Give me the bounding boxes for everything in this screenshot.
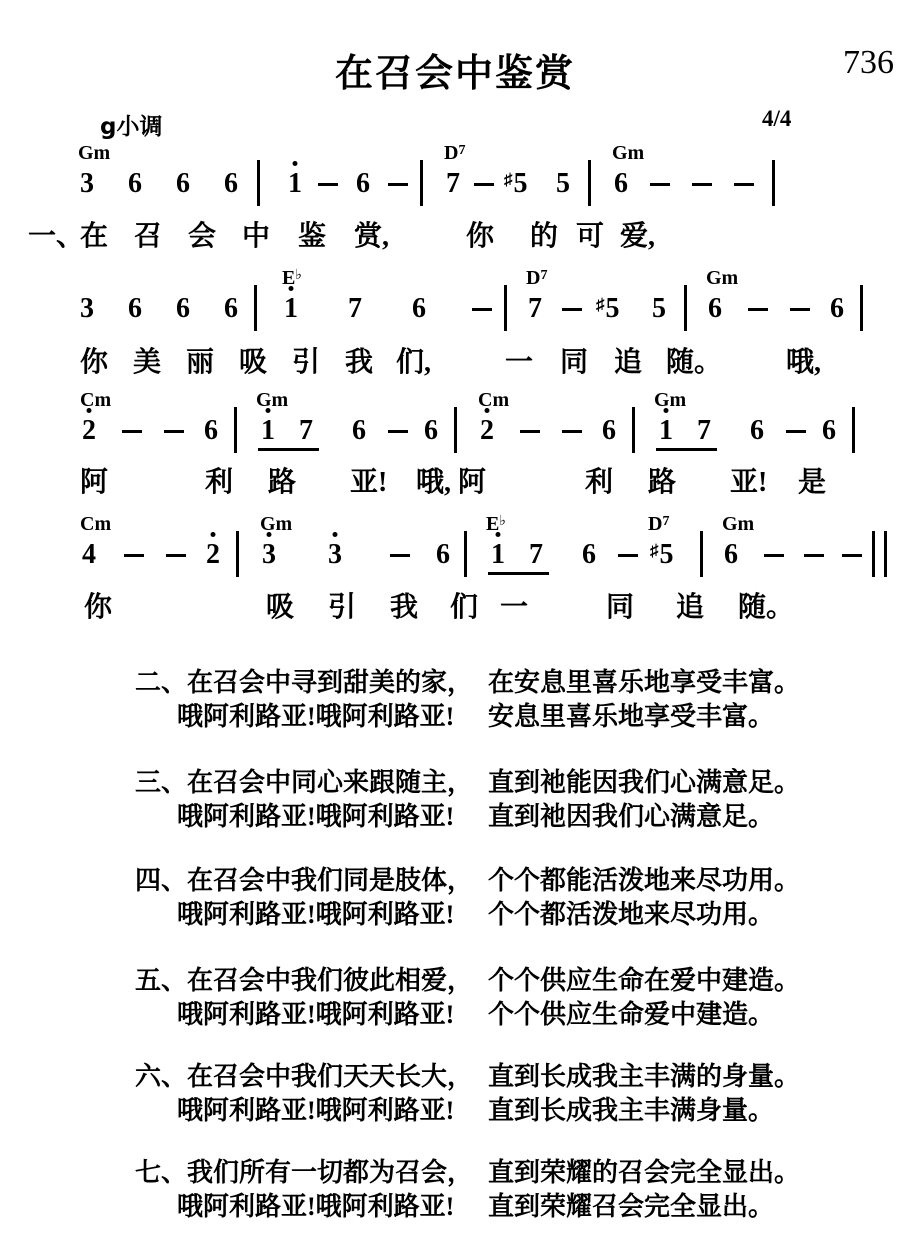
note: Gm3 (262, 541, 276, 569)
duration-dash (562, 308, 582, 311)
lyric-syllable: 同 (560, 348, 588, 379)
duration-dash (388, 183, 408, 186)
duration-dash (472, 308, 492, 311)
duration-dash (748, 308, 768, 311)
lyric-syllable: 会 (188, 222, 216, 253)
lyric-syllable: 的 (530, 222, 558, 253)
lyric-syllable: 追 (614, 348, 642, 379)
note-numeral: 6 (436, 541, 450, 569)
barline (420, 160, 423, 206)
barline (852, 407, 855, 453)
sharp-accidental: ♯ (650, 542, 659, 559)
barline (254, 285, 257, 331)
beamed-note: 7 (697, 417, 711, 445)
note-numeral: 2 (480, 417, 494, 445)
note: 6 (356, 170, 370, 198)
note: 5 (556, 170, 570, 198)
verse: 二、在召会中寻到甜美的家，在安息里喜乐地享受丰富。哦阿利路亚!哦阿利路亚!安息里… (0, 670, 910, 740)
note: 6 (436, 541, 450, 569)
note: Gm6 (614, 170, 628, 198)
note-numeral: 7 (529, 541, 543, 569)
note: 6 (412, 295, 426, 323)
verse-line1-left: 四、在召会中我们同是肢体， (135, 868, 473, 894)
note-numeral: 6 (724, 541, 738, 569)
lyric-syllable: 丽 (186, 348, 214, 379)
lyric-syllable: 哦, (786, 348, 821, 379)
note: Gm3 (80, 170, 94, 198)
note-numeral: 1 (284, 295, 298, 323)
note-numeral: 7 (348, 295, 362, 323)
duration-dash (734, 183, 754, 186)
chord-label: Gm (612, 143, 644, 163)
lyric-syllable: 是 (798, 468, 826, 499)
duration-dash (618, 554, 638, 557)
duration-dash (764, 554, 784, 557)
verse-line1-right: 直到荣耀的召会完全显出。 (488, 1160, 800, 1186)
note-numeral: 6 (412, 295, 426, 323)
note-numeral: 6 (176, 170, 190, 198)
lyric-syllable: 引 (292, 348, 320, 379)
barline (454, 407, 457, 453)
lyric-syllable: 我 (390, 593, 418, 624)
octave-dot (496, 532, 501, 537)
note-numeral: 6 (424, 417, 438, 445)
hymn-sheet-page: 在召会中鉴赏 736 g小调 4/4 Gm366616D77♯55Gm63666… (0, 0, 910, 1260)
note-numeral: 6 (750, 417, 764, 445)
verse-line2-right: 安息里喜乐地享受丰富。 (488, 704, 774, 730)
lyric-syllable: 们 (450, 593, 478, 624)
lyric-syllable: 亚! (350, 468, 387, 499)
sharp-accidental: ♯ (596, 296, 605, 313)
chord-accidental: 7 (458, 143, 465, 158)
music-line: Gm366616D77♯55Gm6 (0, 170, 910, 216)
verse-line2-left: 哦阿利路亚!哦阿利路亚! (177, 1194, 454, 1220)
lyric-syllable: 吸 (266, 593, 294, 624)
note-numeral: 1 (261, 417, 275, 445)
chord-label: Gm (722, 514, 754, 534)
note-numeral: 1 (288, 170, 302, 198)
beamed-note: 1 (659, 417, 673, 445)
lyric-syllable: 你 (80, 348, 108, 379)
chord-label: D7 (526, 268, 547, 288)
duration-dash (388, 430, 408, 433)
lyric-syllable: 可 (576, 222, 604, 253)
chord-label: D7 (444, 143, 465, 163)
lyric-syllable: 哦, (416, 468, 451, 499)
page-number: 736 (843, 44, 894, 82)
note-numeral: 3 (80, 170, 94, 198)
note-numeral: 6 (224, 295, 238, 323)
note: 6 (750, 417, 764, 445)
note-numeral: 6 (224, 170, 238, 198)
note: Cm2 (480, 417, 494, 445)
octave-dot (293, 161, 298, 166)
note-numeral: 5 (652, 295, 666, 323)
lyric-syllable: 随。 (738, 593, 794, 624)
duration-dash (786, 430, 806, 433)
lyric-syllable: 召 (134, 222, 162, 253)
note-numeral: 5 (660, 541, 674, 569)
lyric-syllable: 赏, (354, 222, 389, 253)
chord-label: Gm (654, 390, 686, 410)
chord-label: Cm (478, 390, 509, 410)
note-numeral: 5 (514, 170, 528, 198)
chord-label: E♭ (282, 268, 302, 288)
note: ♯5 (596, 295, 620, 323)
note-numeral: 6 (176, 295, 190, 323)
note: 6 (830, 295, 844, 323)
duration-dash (790, 308, 810, 311)
duration-dash (122, 430, 142, 433)
beamed-note: 7 (299, 417, 313, 445)
duration-dash (804, 554, 824, 557)
duration-dash (562, 430, 582, 433)
lyric-syllable: 利 (205, 468, 233, 499)
verse-line2-right: 直到荣耀召会完全显出。 (488, 1194, 774, 1220)
note: Gm6 (724, 541, 738, 569)
note: E♭1 (284, 295, 298, 323)
duration-dash (318, 183, 338, 186)
note: 3 (328, 541, 342, 569)
barline (772, 160, 775, 206)
lyric-syllable: 一 (500, 593, 528, 624)
note-numeral: 5 (606, 295, 620, 323)
lyric-syllable: 我 (345, 348, 373, 379)
verse: 三、在召会中同心来跟随主，直到祂能因我们心满意足。哦阿利路亚!哦阿利路亚!直到祂… (0, 770, 910, 840)
lyric-syllable: 爱, (620, 222, 655, 253)
note-numeral: 3 (80, 295, 94, 323)
chord-accidental: ♭ (295, 268, 302, 283)
octave-dot (333, 532, 338, 537)
verse-line2-right: 直到长成我主丰满身量。 (488, 1098, 774, 1124)
note: 6 (128, 295, 142, 323)
verse-line1-right: 在安息里喜乐地享受丰富。 (488, 670, 800, 696)
note: 6 (224, 170, 238, 198)
chord-label: Gm (78, 143, 110, 163)
chord-accidental: 7 (540, 268, 547, 283)
lyric-syllable: 们, (396, 348, 431, 379)
lyric-syllable: 吸 (239, 348, 267, 379)
note: 6 (128, 170, 142, 198)
lyric-line: 阿利路亚!哦,阿利路亚!是 (0, 468, 910, 502)
barline (588, 160, 591, 206)
beamed-notes: Gm17 (258, 417, 319, 451)
beamed-notes: Gm17 (656, 417, 717, 451)
lyric-syllable: 路 (268, 468, 296, 499)
lyric-syllable: 你 (466, 222, 494, 253)
note-numeral: 6 (128, 170, 142, 198)
note-numeral: 6 (356, 170, 370, 198)
barline (860, 285, 863, 331)
verse-line1-left: 五、在召会中我们彼此相爱， (135, 968, 473, 994)
barline (464, 531, 467, 577)
verse-line1-left: 七、我们所有一切都为召会， (135, 1160, 473, 1186)
verse: 六、在召会中我们天天长大，直到长成我主丰满的身量。哦阿利路亚!哦阿利路亚!直到长… (0, 1064, 910, 1134)
note: 2 (206, 541, 220, 569)
lyric-syllable: 美 (133, 348, 161, 379)
barline (504, 285, 507, 331)
lyric-syllable: 阿 (458, 468, 486, 499)
verse-line2-right: 直到祂因我们心满意足。 (488, 804, 774, 830)
note-numeral: 1 (659, 417, 673, 445)
octave-dot (289, 286, 294, 291)
lyric-syllable: 鉴 (298, 222, 326, 253)
duration-dash (390, 554, 410, 557)
verse: 五、在召会中我们彼此相爱，个个供应生命在爱中建造。哦阿利路亚!哦阿利路亚!个个供… (0, 968, 910, 1038)
note: Cm2 (82, 417, 96, 445)
chord-label: E♭ (486, 514, 506, 534)
lyric-syllable: 路 (648, 468, 676, 499)
note: D77 (528, 295, 542, 323)
lyric-syllable: 在 (80, 222, 108, 253)
note-numeral: 6 (830, 295, 844, 323)
chord-label: Gm (256, 390, 288, 410)
lyric-syllable: 中 (242, 222, 270, 253)
note-numeral: 7 (697, 417, 711, 445)
chord-label: Cm (80, 390, 111, 410)
lyric-syllable: 亚! (730, 468, 767, 499)
verse-line2-left: 哦阿利路亚!哦阿利路亚! (177, 1098, 454, 1124)
lyric-syllable: 追 (676, 593, 704, 624)
note-numeral: 3 (328, 541, 342, 569)
beamed-note: 1 (491, 541, 505, 569)
note-numeral: 7 (528, 295, 542, 323)
octave-dot (87, 408, 92, 413)
note: 6 (822, 417, 836, 445)
key-signature: g小调 (100, 108, 162, 141)
note: Cm4 (82, 541, 96, 569)
music-line: 3666E♭176D77♯55Gm66 (0, 295, 910, 341)
lyric-syllable: 阿 (80, 468, 108, 499)
note-numeral: 2 (82, 417, 96, 445)
verse: 四、在召会中我们同是肢体，个个都能活泼地来尽功用。哦阿利路亚!哦阿利路亚!个个都… (0, 868, 910, 938)
lyric-syllable: 随。 (666, 348, 722, 379)
note: 6 (352, 417, 366, 445)
note: 6 (204, 417, 218, 445)
barline (236, 531, 239, 577)
lyric-syllable: 一、 (28, 222, 84, 253)
note-numeral: 6 (614, 170, 628, 198)
note-numeral: 5 (556, 170, 570, 198)
note-numeral: 2 (206, 541, 220, 569)
note-numeral: 6 (582, 541, 596, 569)
beamed-note: 7 (529, 541, 543, 569)
note: Gm6 (708, 295, 722, 323)
barline (632, 407, 635, 453)
lyric-syllable: 利 (585, 468, 613, 499)
verse-line2-right: 个个供应生命爱中建造。 (488, 1002, 774, 1028)
chord-accidental: ♭ (499, 514, 506, 529)
lyric-syllable: 一 (505, 348, 533, 379)
verse-line1-right: 直到长成我主丰满的身量。 (488, 1064, 800, 1090)
note: 5 (652, 295, 666, 323)
duration-dash (166, 554, 186, 557)
lyric-line: 你美丽吸引我们,一同追随。哦, (0, 348, 910, 382)
verse-line1-left: 二、在召会中寻到甜美的家， (135, 670, 473, 696)
lyric-line: 你吸引我们一同追随。 (0, 593, 910, 627)
verse-line2-left: 哦阿利路亚!哦阿利路亚! (177, 704, 454, 730)
verse-line1-left: 六、在召会中我们天天长大， (135, 1064, 473, 1090)
lyric-syllable: 你 (84, 593, 112, 624)
octave-dot (211, 532, 216, 537)
duration-dash (474, 183, 494, 186)
note-numeral: 1 (491, 541, 505, 569)
verse-line1-right: 直到祂能因我们心满意足。 (488, 770, 800, 796)
octave-dot (664, 408, 669, 413)
verse-line2-right: 个个都活泼地来尽功用。 (488, 902, 774, 928)
note: 6 (602, 417, 616, 445)
barline (257, 160, 260, 206)
note-numeral: 6 (204, 417, 218, 445)
duration-dash (692, 183, 712, 186)
note: 3 (80, 295, 94, 323)
verse-line2-left: 哦阿利路亚!哦阿利路亚! (177, 902, 454, 928)
duration-dash (650, 183, 670, 186)
octave-dot (267, 532, 272, 537)
barline (684, 285, 687, 331)
note: 6 (176, 170, 190, 198)
note-numeral: 6 (128, 295, 142, 323)
time-signature: 4/4 (762, 106, 791, 132)
note-numeral: 3 (262, 541, 276, 569)
note-numeral: 7 (299, 417, 313, 445)
chord-label: D7 (648, 514, 669, 534)
note-numeral: 6 (822, 417, 836, 445)
verse-line2-left: 哦阿利路亚!哦阿利路亚! (177, 804, 454, 830)
duration-dash (164, 430, 184, 433)
note-numeral: 6 (602, 417, 616, 445)
sharp-accidental: ♯ (504, 171, 513, 188)
music-line: Cm42Gm336E♭176D7♯5Gm6 (0, 541, 910, 587)
note: 1 (288, 170, 302, 198)
note-numeral: 7 (446, 170, 460, 198)
note-numeral: 4 (82, 541, 96, 569)
barline (234, 407, 237, 453)
verse-line1-right: 个个供应生命在爱中建造。 (488, 968, 800, 994)
barline (700, 531, 703, 577)
note-numeral: 6 (352, 417, 366, 445)
note: ♯5 (504, 170, 528, 198)
note: 6 (424, 417, 438, 445)
verse: 七、我们所有一切都为召会，直到荣耀的召会完全显出。哦阿利路亚!哦阿利路亚!直到荣… (0, 1160, 910, 1230)
verse-line1-right: 个个都能活泼地来尽功用。 (488, 868, 800, 894)
beamed-note: 1 (261, 417, 275, 445)
chord-label: Gm (706, 268, 738, 288)
duration-dash (842, 554, 862, 557)
note: 7 (348, 295, 362, 323)
note: D77 (446, 170, 460, 198)
note: 6 (224, 295, 238, 323)
duration-dash (124, 554, 144, 557)
lyric-line: 一、在召会中鉴赏,你的可爱, (0, 222, 910, 256)
note: 6 (582, 541, 596, 569)
page-title: 在召会中鉴赏 (0, 42, 910, 97)
beamed-notes: E♭17 (488, 541, 549, 575)
verse-line2-left: 哦阿利路亚!哦阿利路亚! (177, 1002, 454, 1028)
note-numeral: 6 (708, 295, 722, 323)
octave-dot (485, 408, 490, 413)
note: 6 (176, 295, 190, 323)
note: D7♯5 (650, 541, 674, 569)
chord-accidental: 7 (662, 514, 669, 529)
duration-dash (520, 430, 540, 433)
music-line: Cm26Gm1766Cm26Gm1766 (0, 417, 910, 463)
lyric-syllable: 引 (328, 593, 356, 624)
lyric-syllable: 同 (606, 593, 634, 624)
octave-dot (266, 408, 271, 413)
final-barline (872, 531, 887, 577)
verse-line1-left: 三、在召会中同心来跟随主， (135, 770, 473, 796)
chord-label: Cm (80, 514, 111, 534)
chord-label: Gm (260, 514, 292, 534)
